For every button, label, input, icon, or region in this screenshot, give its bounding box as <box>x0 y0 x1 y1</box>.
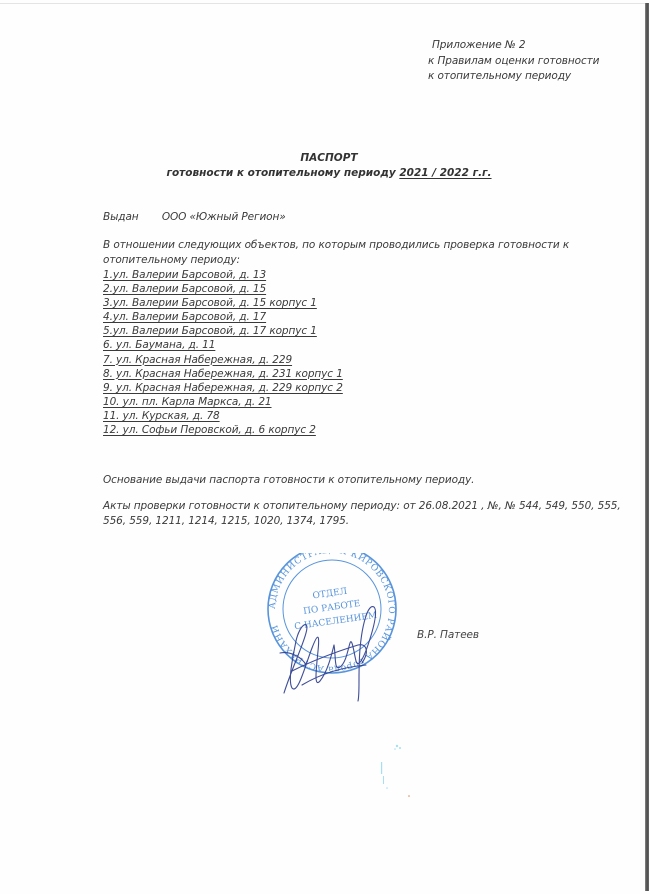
list-item: 5.ул. Валерии Барсовой, д. 17 корпус 1 <box>103 324 343 338</box>
list-item: 2.ул. Валерии Барсовой, д. 15 <box>103 282 343 296</box>
svg-text:ОТДЕЛ: ОТДЕЛ <box>312 587 348 602</box>
objects-intro-line-2: отопительному периоду: <box>103 253 569 268</box>
signer-name: В.Р. Патеев <box>417 628 479 642</box>
scan-artifact <box>375 740 415 800</box>
stamp-seal-icon: АДМИНИСТРАЦИЯ КИРОВСКОГО РАЙОНА города А… <box>262 553 402 703</box>
list-item: 9. ул. Красная Набережная, д. 229 корпус… <box>103 381 343 395</box>
heating-period: 2021 / 2022 г.г. <box>399 167 491 179</box>
inspection-acts-line-2: 556, 559, 1211, 1214, 1215, 1020, 1374, … <box>103 514 621 529</box>
document-page: Приложение № 2 к Правилам оценки готовно… <box>0 0 650 894</box>
appendix-line-1: Приложение № 2 <box>428 38 599 54</box>
list-item: 4.ул. Валерии Барсовой, д. 17 <box>103 310 343 324</box>
document-title: ПАСПОРТ <box>4 152 650 164</box>
list-item: 12. ул. Софьи Перовской, д. 6 корпус 2 <box>103 423 343 437</box>
scan-right-edge <box>645 3 649 891</box>
issued-label: Выдан <box>103 211 139 223</box>
appendix-line-3: к отопительному периоду <box>428 69 599 85</box>
appendix-reference: Приложение № 2 к Правилам оценки готовно… <box>428 38 599 85</box>
objects-intro: В отношении следующих объектов, по котор… <box>103 238 569 267</box>
scan-top-edge <box>0 3 646 4</box>
list-item: 11. ул. Курская, д. 78 <box>103 409 343 423</box>
subtitle-prefix: готовности к отопительному периоду <box>166 167 399 179</box>
objects-intro-line-1: В отношении следующих объектов, по котор… <box>103 238 569 253</box>
inspection-acts-line-1: Акты проверки готовности к отопительному… <box>103 499 621 514</box>
issued-to: Выдан ООО «Южный Регион» <box>103 210 286 224</box>
document-subtitle: готовности к отопительному периоду 2021 … <box>4 167 650 179</box>
list-item: 6. ул. Баумана, д. 11 <box>103 338 343 352</box>
objects-list: 1.ул. Валерии Барсовой, д. 13 2.ул. Вале… <box>103 268 343 437</box>
list-item: 1.ул. Валерии Барсовой, д. 13 <box>103 268 343 282</box>
issuance-basis: Основание выдачи паспорта готовности к о… <box>103 473 474 487</box>
list-item: 10. ул. пл. Карла Маркса, д. 21 <box>103 395 343 409</box>
inspection-acts: Акты проверки готовности к отопительному… <box>103 499 621 529</box>
appendix-line-2: к Правилам оценки готовности <box>428 54 599 70</box>
list-item: 8. ул. Красная Набережная, д. 231 корпус… <box>103 367 343 381</box>
official-stamp: АДМИНИСТРАЦИЯ КИРОВСКОГО РАЙОНА города А… <box>262 553 402 703</box>
list-item: 7. ул. Красная Набережная, д. 229 <box>103 353 343 367</box>
issued-organization: ООО «Южный Регион» <box>162 211 286 223</box>
list-item: 3.ул. Валерии Барсовой, д. 15 корпус 1 <box>103 296 343 310</box>
